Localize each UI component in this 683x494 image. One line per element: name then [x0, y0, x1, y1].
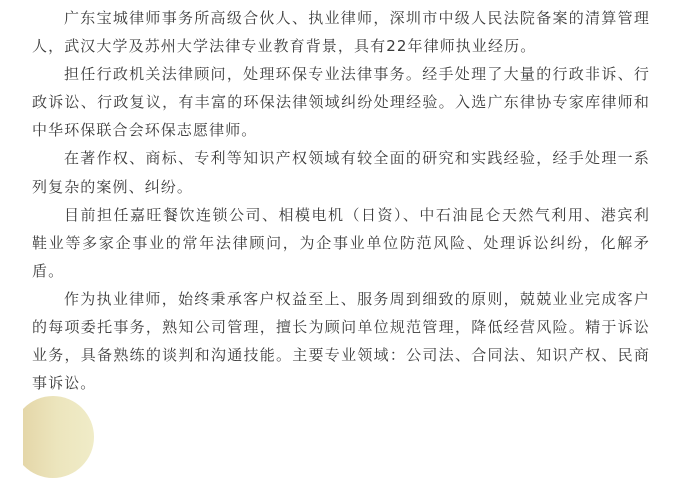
paragraph-legal-counsel-clients: 目前担任嘉旺餐饮连锁公司、相模电机（日资）、中石油昆仑天然气利用、港宾利鞋业等多… — [32, 201, 650, 285]
decorative-gold-circle — [12, 396, 94, 478]
paragraph-background: 广东宝城律师事务所高级合伙人、执业律师，深圳市中级人民法院备案的清算管理人，武汉… — [32, 4, 650, 60]
lawyer-profile-article: 广东宝城律师事务所高级合伙人、执业律师，深圳市中级人民法院备案的清算管理人，武汉… — [32, 4, 650, 397]
paragraph-environmental-law: 担任行政机关法律顾问，处理环保专业法律事务。经手处理了大量的行政非诉、行政诉讼、… — [32, 60, 650, 144]
paragraph-practice-areas: 作为执业律师，始终秉承客户权益至上、服务周到细致的原则，兢兢业业完成客户的每项委… — [32, 285, 650, 397]
paragraph-intellectual-property: 在著作权、商标、专利等知识产权领域有较全面的研究和实践经验，经手处理一系列复杂的… — [32, 144, 650, 200]
